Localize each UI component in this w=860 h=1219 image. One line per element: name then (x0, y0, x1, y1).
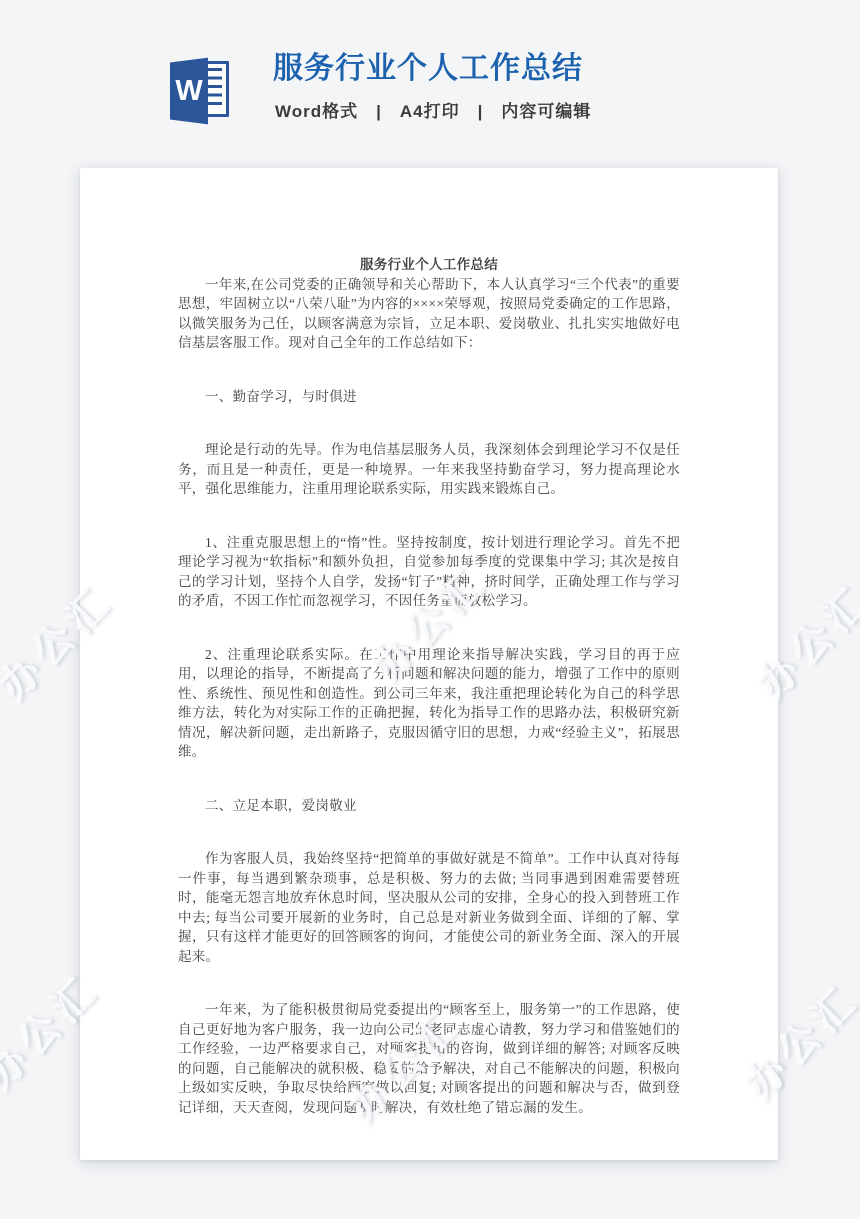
document-section-heading: 二、立足本职，爱岗敬业 (178, 796, 680, 816)
word-icon-front-panel: W (170, 57, 208, 125)
document-title: 服务行业个人工作总结 (178, 255, 680, 275)
template-title: 服务行业个人工作总结 (273, 51, 583, 86)
document-paragraph: 理论是行动的先导。作为电信基层服务人员，我深刻体会到理论学习不仅是任务，而且是一… (178, 440, 680, 499)
document-paragraph: 作为客服人员，我始终坚持“把简单的事做好就是不简单”。工作中认真对待每一件事，每… (178, 849, 680, 966)
word-icon-letter: W (175, 77, 202, 106)
template-format-info: Word格式 | A4打印 | 内容可编辑 (275, 101, 591, 123)
document-section-heading: 一、勤奋学习，与时俱进 (178, 387, 680, 407)
document-page-preview: 服务行业个人工作总结 一年来,在公司党委的正确领导和关心帮助下，本人认真学习“三… (80, 168, 778, 1160)
document-paragraph: 1、注重克服思想上的“惰”性。坚持按制度，按计划进行理论学习。首先不把理论学习视… (178, 533, 680, 611)
document-body: 服务行业个人工作总结 一年来,在公司党委的正确领导和关心帮助下，本人认真学习“三… (80, 168, 778, 1160)
word-file-icon: W (170, 57, 233, 125)
document-paragraph: 一年来,在公司党委的正确领导和关心帮助下，本人认真学习“三个代表”的重要思想，牢… (178, 275, 680, 353)
page-header: W 服务行业个人工作总结 Word格式 | A4打印 | 内容可编辑 (0, 0, 860, 168)
document-paragraph: 一年来，为了能积极贯彻局党委提出的“顾客至上，服务第一”的工作思路，使自己更好地… (178, 1000, 680, 1117)
document-paragraph: 2、注重理论联系实际。在工作中用理论来指导解决实践，学习目的再于应用，以理论的指… (178, 645, 680, 762)
